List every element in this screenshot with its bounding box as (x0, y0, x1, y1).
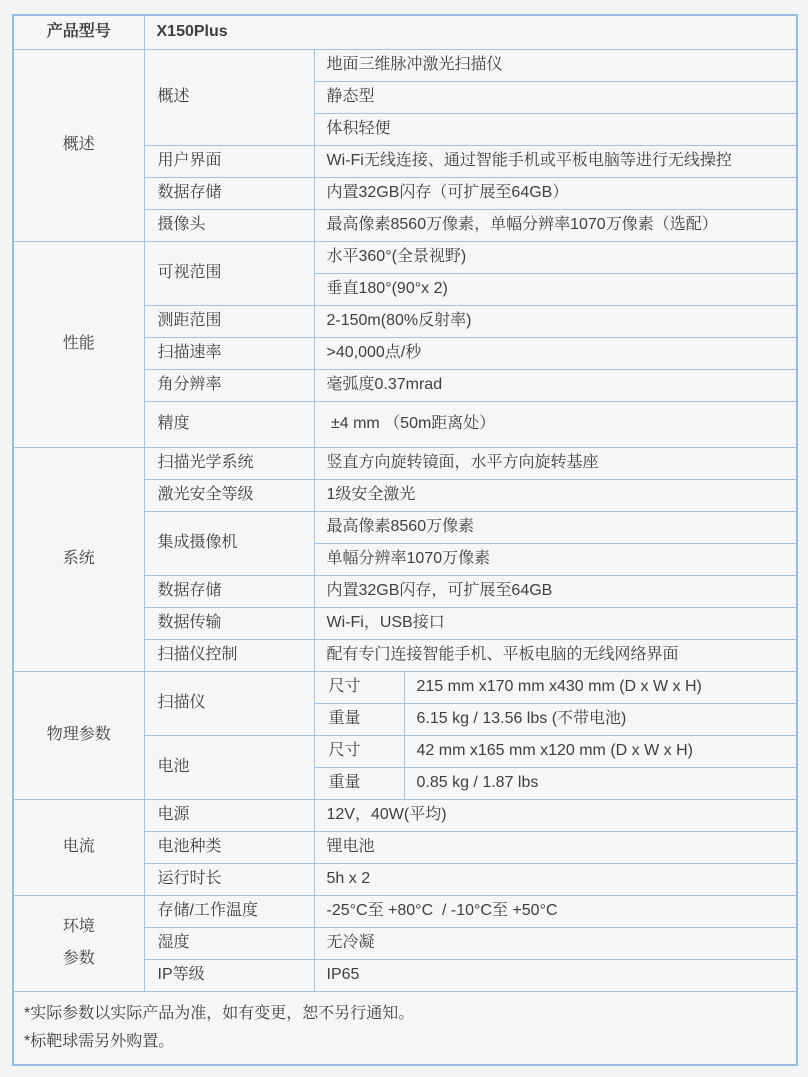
label-battery-size: 尺寸 (314, 735, 404, 767)
product-model-label: 产品型号 (13, 15, 144, 49)
value-scan-speed: >40,000点/秒 (314, 337, 797, 369)
value-battery-weight: 0.85 kg / 1.87 lbs (404, 767, 797, 799)
value-fov-vertical: 垂直180°(90°x 2) (314, 273, 797, 305)
value-camera: 最高像素8560万像素，单幅分辨率1070万像素（选配） (314, 209, 797, 241)
label-user-interface: 用户界面 (144, 145, 314, 177)
value-angular-resolution: 毫弧度0.37mrad (314, 369, 797, 401)
table-row: *实际参数以实际产品为准，如有变更，恕不另行通知。 *标靶球需另外购置。 (13, 991, 797, 1065)
label-field-of-view: 可视范围 (144, 241, 314, 305)
section-title-performance: 性能 (13, 241, 144, 447)
value-runtime: 5h x 2 (314, 863, 797, 895)
section-title-overview: 概述 (13, 49, 144, 241)
value-scanner-size: 215 mm x170 mm x430 mm (D x W x H) (404, 671, 797, 703)
table-row: 电流 电源 12V，40W(平均) (13, 799, 797, 831)
label-angular-resolution: 角分辨率 (144, 369, 314, 401)
value-scanner-control: 配有专门连接智能手机、平板电脑的无线网络界面 (314, 639, 797, 671)
value-battery-size: 42 mm x165 mm x120 mm (D x W x H) (404, 735, 797, 767)
table-row: 产品型号 X150Plus (13, 15, 797, 49)
value-scan-optics: 竖直方向旋转镜面，水平方向旋转基座 (314, 447, 797, 479)
label-battery-type: 电池种类 (144, 831, 314, 863)
value-camera-pixels: 最高像素8560万像素 (314, 511, 797, 543)
value-humidity: 无冷凝 (314, 927, 797, 959)
value-overview-desc-1: 地面三维脉冲激光扫描仪 (314, 49, 797, 81)
label-ip-rating: IP等级 (144, 959, 314, 991)
label-accuracy: 精度 (144, 401, 314, 447)
product-model-value: X150Plus (144, 15, 797, 49)
value-power-supply: 12V，40W(平均) (314, 799, 797, 831)
label-scanner: 扫描仪 (144, 671, 314, 735)
label-scan-speed: 扫描速率 (144, 337, 314, 369)
value-overview-desc-2: 静态型 (314, 81, 797, 113)
value-range: 2-150m(80%反射率) (314, 305, 797, 337)
spec-table: 产品型号 X150Plus 概述 概述 地面三维脉冲激光扫描仪 静态型 体积轻便… (12, 14, 798, 1066)
label-laser-class: 激光安全等级 (144, 479, 314, 511)
footnote-target-sphere: *标靶球需另外购置。 (24, 1028, 786, 1056)
value-user-interface: Wi-Fi无线连接、通过智能手机或平板电脑等进行无线操控 (314, 145, 797, 177)
spec-sheet-page: 产品型号 X150Plus 概述 概述 地面三维脉冲激光扫描仪 静态型 体积轻便… (0, 0, 808, 1077)
value-battery-type: 锂电池 (314, 831, 797, 863)
value-overview-desc-3: 体积轻便 (314, 113, 797, 145)
value-scanner-weight: 6.15 kg / 13.56 lbs (不带电池) (404, 703, 797, 735)
label-overview-storage: 数据存储 (144, 177, 314, 209)
label-runtime: 运行时长 (144, 863, 314, 895)
value-data-transfer: Wi-Fi，USB接口 (314, 607, 797, 639)
label-scanner-size: 尺寸 (314, 671, 404, 703)
label-battery-weight: 重量 (314, 767, 404, 799)
label-range: 测距范围 (144, 305, 314, 337)
label-overview-desc: 概述 (144, 49, 314, 145)
value-accuracy: ±4 mm （50m距离处） (314, 401, 797, 447)
label-scanner-weight: 重量 (314, 703, 404, 735)
value-overview-storage: 内置32GB闪存（可扩展至64GB） (314, 177, 797, 209)
label-humidity: 湿度 (144, 927, 314, 959)
section-title-physical: 物理参数 (13, 671, 144, 799)
value-camera-resolution: 单幅分辨率1070万像素 (314, 543, 797, 575)
table-row: 系统 扫描光学系统 竖直方向旋转镜面，水平方向旋转基座 (13, 447, 797, 479)
label-scan-optics: 扫描光学系统 (144, 447, 314, 479)
section-title-environment: 环境 参数 (13, 895, 144, 991)
value-laser-class: 1级安全激光 (314, 479, 797, 511)
table-row: 物理参数 扫描仪 尺寸 215 mm x170 mm x430 mm (D x … (13, 671, 797, 703)
section-title-system: 系统 (13, 447, 144, 671)
value-temperature: -25°C至 +80°C / -10°C至 +50°C (314, 895, 797, 927)
table-row: 环境 参数 存储/工作温度 -25°C至 +80°C / -10°C至 +50°… (13, 895, 797, 927)
label-data-transfer: 数据传输 (144, 607, 314, 639)
footnotes-cell: *实际参数以实际产品为准，如有变更，恕不另行通知。 *标靶球需另外购置。 (13, 991, 797, 1065)
value-fov-horizontal: 水平360°(全景视野) (314, 241, 797, 273)
label-battery: 电池 (144, 735, 314, 799)
label-power-supply: 电源 (144, 799, 314, 831)
footnote-disclaimer: *实际参数以实际产品为准，如有变更，恕不另行通知。 (24, 1000, 786, 1028)
value-ip-rating: IP65 (314, 959, 797, 991)
value-system-storage: 内置32GB闪存，可扩展至64GB (314, 575, 797, 607)
label-temperature: 存储/工作温度 (144, 895, 314, 927)
table-row: 概述 概述 地面三维脉冲激光扫描仪 (13, 49, 797, 81)
label-camera: 摄像头 (144, 209, 314, 241)
section-title-power: 电流 (13, 799, 144, 895)
label-scanner-control: 扫描仪控制 (144, 639, 314, 671)
label-integrated-camera: 集成摄像机 (144, 511, 314, 575)
table-row: 性能 可视范围 水平360°(全景视野) (13, 241, 797, 273)
label-system-storage: 数据存储 (144, 575, 314, 607)
